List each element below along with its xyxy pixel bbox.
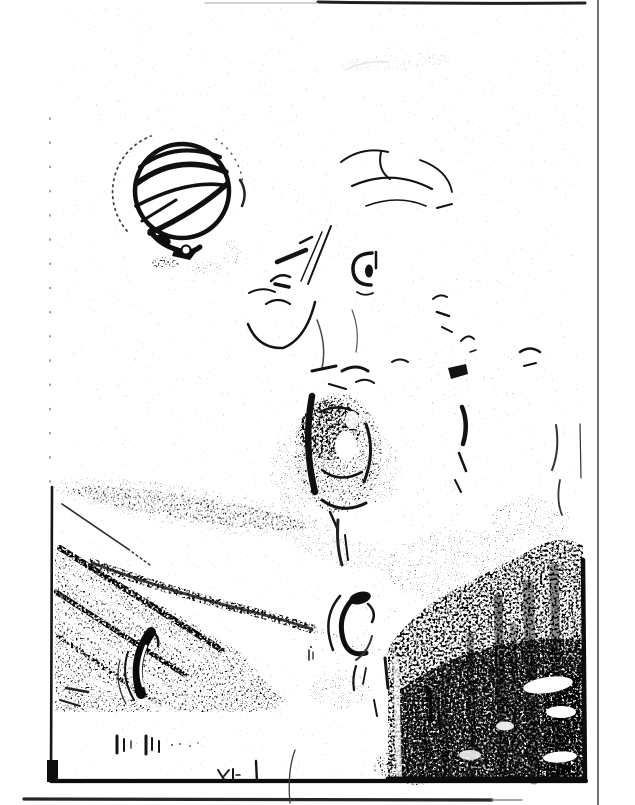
frame-left <box>51 487 52 778</box>
corner-tick <box>256 761 257 782</box>
white-gap-column <box>396 660 399 778</box>
shoulder-white-hole <box>335 431 357 461</box>
white-hole-2 <box>546 706 576 718</box>
frame-top <box>318 2 585 3</box>
scanned-photo <box>0 0 635 805</box>
frame-corner-blob <box>47 760 58 782</box>
scanned-page <box>0 0 635 805</box>
frame-right-dark-edge <box>583 560 585 780</box>
scanner-bottom-line <box>24 799 492 800</box>
